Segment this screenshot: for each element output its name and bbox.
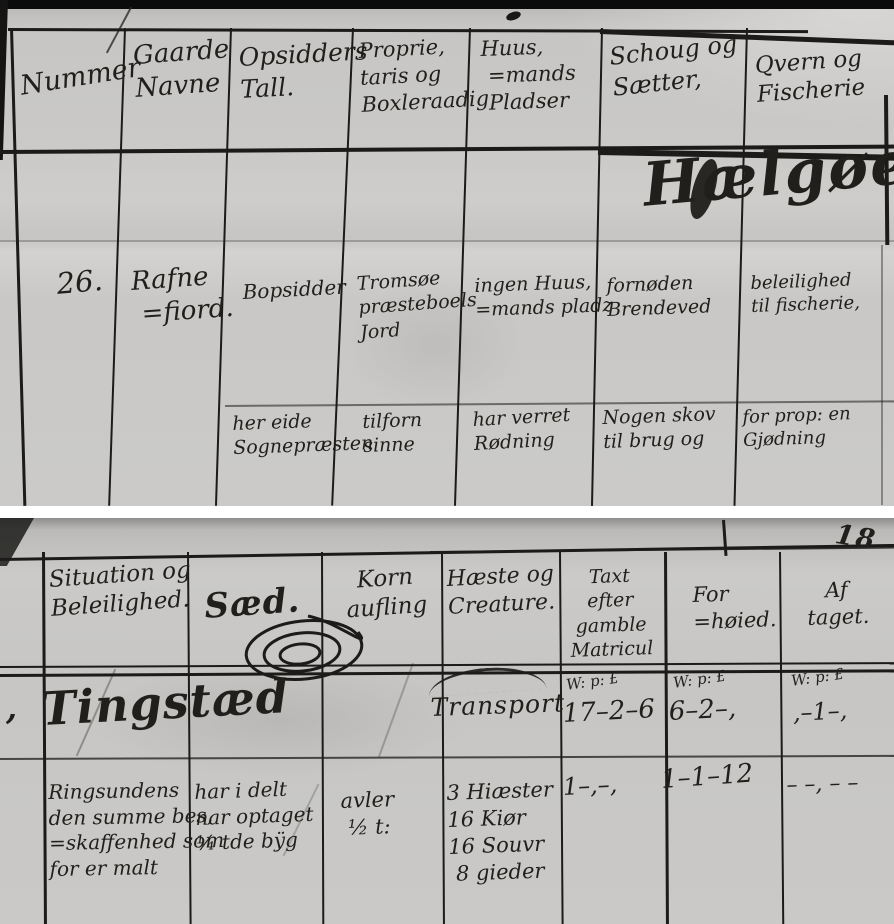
- transport-forhoied: 6–2–,: [668, 692, 737, 729]
- col-header-taxt: Taxt efter gamble Matricul: [566, 563, 655, 663]
- cell-farm-number: 26.: [55, 262, 104, 303]
- col-header-gaarde-navne: Gaarde Navne: [132, 33, 233, 106]
- transport-taxt: 17–2–6: [562, 693, 656, 731]
- cell-aufling: avler ½ t:: [340, 786, 395, 842]
- cell-creature: 3 Hiæster 16 Kiør 16 Souvr 8 gieder: [446, 776, 556, 887]
- cell-schoug-note: Nogen skov til brug og: [602, 402, 717, 455]
- cell-qvern-note: for prop: en Gjødning: [742, 402, 852, 452]
- cell-proprietair-note: tilforn sinne: [362, 408, 423, 459]
- col-header-proprietaris: Proprie, taris og Boxleraadig: [358, 31, 490, 118]
- page-edge-line-faint: [881, 245, 883, 505]
- col-header-situation: Situation og Beleilighed.: [48, 556, 194, 625]
- cell-proprietair: Tromsøe præsteboels Jord: [356, 264, 479, 345]
- cell-schoug: fornøden Brendeved: [606, 270, 712, 322]
- cell-saed: har i delt nar optaget ¼ tde bÿg: [194, 776, 315, 857]
- cell-qvern: beleilighed til fischerie,: [750, 268, 860, 318]
- col-header-huusmands: Huus, =mands Pladser: [480, 33, 577, 117]
- col-header-creature: Hæste og Creature.: [446, 560, 556, 622]
- cell-aftaget: – –, – –: [786, 769, 859, 800]
- scanned-ledger-page: Nummer Gaarde Navne Opsidders Tall. Prop…: [0, 0, 894, 924]
- cell-opsidder: Bopsidder: [242, 275, 346, 306]
- cell-farm-name: Rafne =fiord.: [130, 259, 235, 332]
- film-seam: [0, 240, 894, 242]
- transport-label: Transport: [430, 687, 566, 724]
- cell-taxt: 1–,–,: [562, 769, 618, 803]
- transport-aftaget: ,–1–,: [792, 695, 848, 729]
- left-margin-mark: ,: [6, 688, 19, 729]
- cell-huusmand: ingen Huus, =mands pladz: [474, 269, 613, 322]
- col-header-opsidders: Opsidders Tall.: [238, 35, 370, 106]
- folio-number: 18: [833, 518, 879, 559]
- cell-forhoied: 1–1–12: [660, 758, 754, 798]
- col-header-forhoied: For =høied.: [692, 579, 777, 636]
- col-header-aftaget: Af taget.: [806, 576, 868, 632]
- col-header-qvern: Qvern og Fischerie: [754, 44, 866, 110]
- cell-huusmand-note: har verret Rødning: [472, 403, 572, 457]
- panel-divider: [0, 506, 894, 518]
